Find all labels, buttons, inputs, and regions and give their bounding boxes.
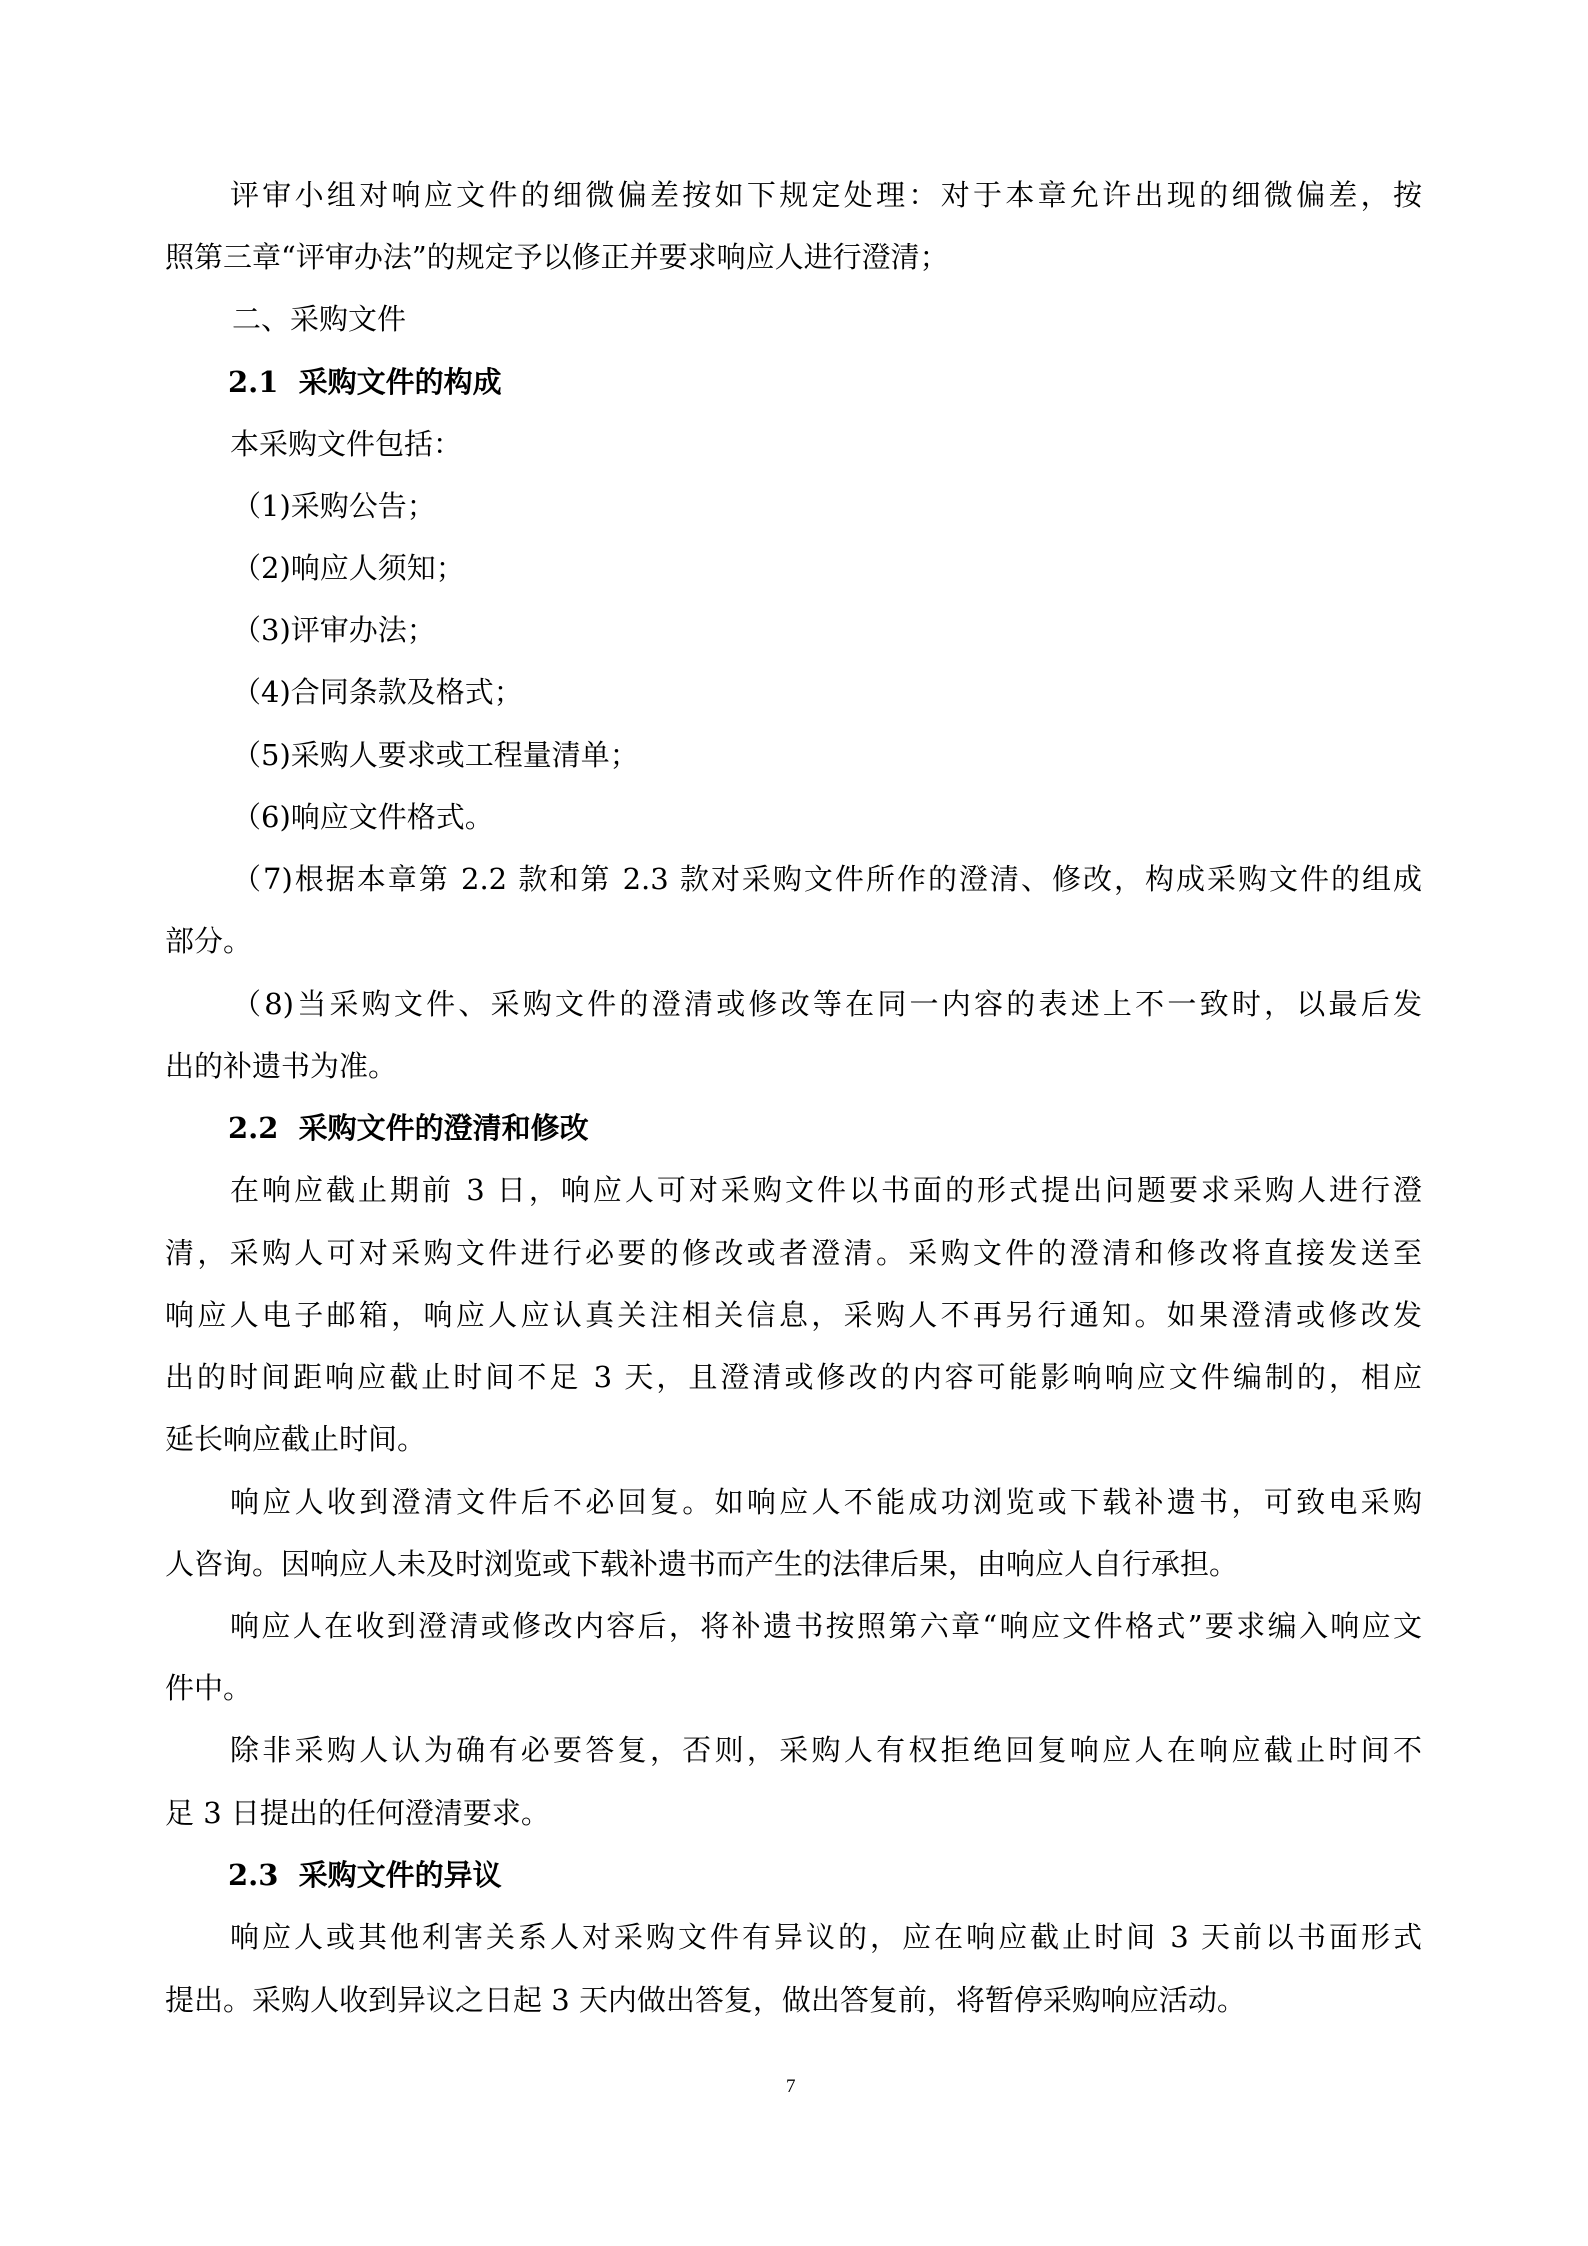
heading-number: 2.1 bbox=[228, 365, 278, 399]
heading-number: 2.3 bbox=[228, 1858, 278, 1892]
list-item: （4)合同条款及格式； bbox=[232, 672, 523, 712]
paragraph-line: 提出。采购人收到异议之日起 3 天内做出答复，做出答复前，将暂停采购响应活动。 bbox=[165, 1980, 1246, 2020]
list-item: （1)采购公告； bbox=[232, 486, 436, 526]
paragraph-line: 响应人电子邮箱，响应人应认真关注相关信息，采购人不再另行通知。如果澄清或修改发 bbox=[165, 1295, 1422, 1335]
document-page: 评审小组对响应文件的细微偏差按如下规定处理：对于本章允许出现的细微偏差，按 照第… bbox=[0, 0, 1588, 2246]
heading-2-2: 2.2 采购文件的澄清和修改 bbox=[228, 1108, 589, 1148]
paragraph-line: 人咨询。因响应人未及时浏览或下载补遗书而产生的法律后果，由响应人自行承担。 bbox=[165, 1544, 1238, 1584]
section-title: 二、采购文件 bbox=[232, 299, 406, 339]
paragraph-line: 件中。 bbox=[165, 1668, 252, 1708]
paragraph-line: 延长响应截止时间。 bbox=[165, 1419, 426, 1459]
list-item-continuation: 部分。 bbox=[165, 921, 252, 961]
section-intro: 本采购文件包括： bbox=[230, 424, 462, 464]
heading-2-1: 2.1 采购文件的构成 bbox=[228, 362, 502, 402]
paragraph-line: 出的时间距响应截止时间不足 3 天，且澄清或修改的内容可能影响响应文件编制的，相… bbox=[165, 1357, 1422, 1397]
heading-text: 采购文件的异议 bbox=[299, 1858, 502, 1892]
heading-text: 采购文件的构成 bbox=[299, 365, 502, 399]
paragraph-line: 足 3 日提出的任何澄清要求。 bbox=[165, 1793, 550, 1833]
paragraph-line: 在响应截止期前 3 日，响应人可对采购文件以书面的形式提出问题要求采购人进行澄 bbox=[230, 1170, 1422, 1210]
paragraph-line: 清，采购人可对采购文件进行必要的修改或者澄清。采购文件的澄清和修改将直接发送至 bbox=[165, 1233, 1422, 1273]
paragraph-line: 响应人在收到澄清或修改内容后，将补遗书按照第六章“响应文件格式”要求编入响应文 bbox=[230, 1606, 1422, 1646]
page-number: 7 bbox=[786, 2076, 796, 2098]
list-item: （6)响应文件格式。 bbox=[232, 797, 494, 837]
paragraph-line: 除非采购人认为确有必要答复，否则，采购人有权拒绝回复响应人在响应截止时间不 bbox=[230, 1730, 1422, 1770]
list-item: （5)采购人要求或工程量清单； bbox=[232, 735, 639, 775]
heading-number: 2.2 bbox=[228, 1111, 278, 1145]
list-item: （2)响应人须知； bbox=[232, 548, 465, 588]
list-item: （7)根据本章第 2.2 款和第 2.3 款对采购文件所作的澄清、修改，构成采购… bbox=[232, 859, 1422, 899]
paragraph-line: 照第三章“评审办法”的规定予以修正并要求响应人进行澄清； bbox=[165, 237, 949, 277]
paragraph-line: 响应人或其他利害关系人对采购文件有异议的，应在响应截止时间 3 天前以书面形式 bbox=[230, 1917, 1422, 1957]
list-item: （8)当采购文件、采购文件的澄清或修改等在同一内容的表述上不一致时，以最后发 bbox=[232, 984, 1422, 1024]
list-item: （3)评审办法； bbox=[232, 610, 436, 650]
heading-text: 采购文件的澄清和修改 bbox=[299, 1111, 589, 1145]
paragraph-line: 响应人收到澄清文件后不必回复。如响应人不能成功浏览或下载补遗书，可致电采购 bbox=[230, 1482, 1422, 1522]
list-item-continuation: 出的补遗书为准。 bbox=[165, 1046, 397, 1086]
heading-2-3: 2.3 采购文件的异议 bbox=[228, 1855, 502, 1895]
paragraph-line: 评审小组对响应文件的细微偏差按如下规定处理：对于本章允许出现的细微偏差，按 bbox=[230, 175, 1422, 215]
